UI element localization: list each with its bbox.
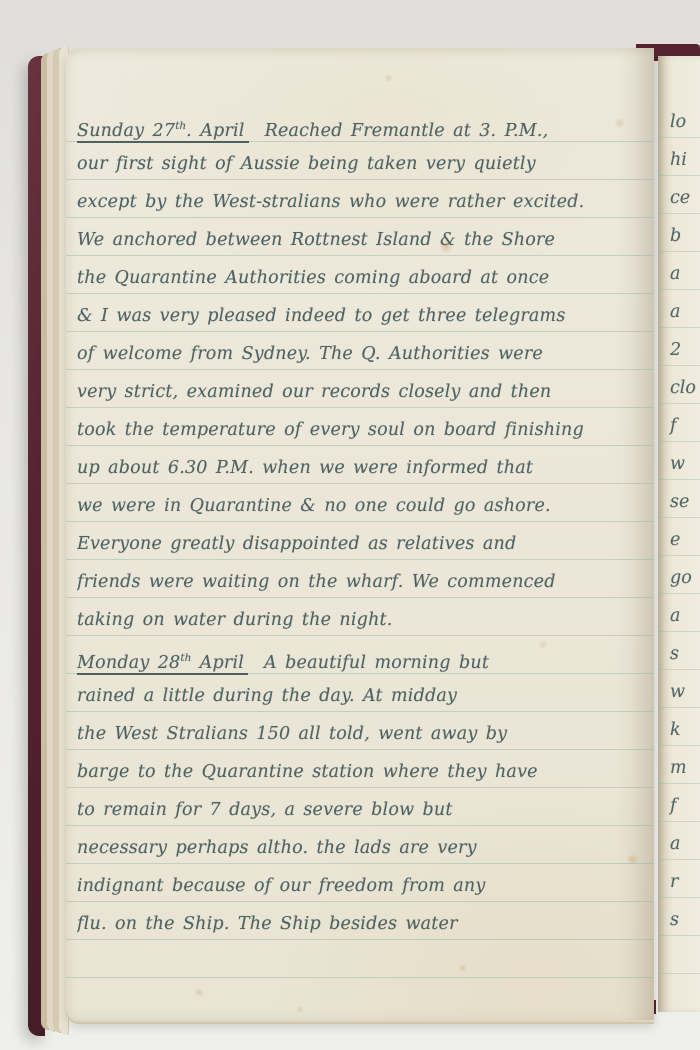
facing-line-fragment: f [670, 408, 696, 446]
diary-line: took the temperature of every soul on bo… [77, 412, 646, 450]
foxing-spot [194, 988, 204, 997]
facing-line-fragment: e [670, 522, 696, 560]
facing-line-fragment: b [670, 218, 696, 256]
diary-line: up about 6.30 P.M. when we were informed… [77, 450, 646, 488]
photo-backdrop: { "colors": { "backdrop": "#e7e6e3", "co… [0, 0, 700, 1050]
diary-line: & I was very pleased indeed to get three… [77, 298, 646, 336]
facing-line-fragment: s [670, 636, 696, 674]
facing-line-fragment: lo [670, 104, 696, 142]
facing-line-fragment: se [670, 484, 696, 522]
diary-line: barge to the Quarantine station where th… [77, 754, 646, 792]
entry-date-heading: Monday 28th April [77, 653, 248, 675]
facing-line-fragment: 2 [670, 332, 696, 370]
foxing-spot [384, 74, 393, 82]
facing-line-fragment: w [670, 674, 696, 712]
facing-line-fragment: f [670, 788, 696, 826]
facing-line-fragment: w [670, 446, 696, 484]
diary-line: friends were waiting on the wharf. We co… [77, 564, 646, 602]
diary-line: rained a little during the day. At midda… [77, 678, 646, 716]
diary-line: Everyone greatly disappointed as relativ… [77, 526, 646, 564]
diary-line: very strict, examined our records closel… [77, 374, 646, 412]
date-ordinal-suffix: th [175, 120, 186, 132]
diary-line: taking on water during the night. [77, 602, 646, 640]
foxing-spot [458, 964, 467, 972]
diary-line: We anchored between Rottnest Island & th… [77, 222, 646, 260]
diary-line: except by the West-stralians who were ra… [77, 184, 646, 222]
facing-line-fragment: a [670, 294, 696, 332]
diary-line: the West Stralians 150 all told, went aw… [77, 716, 646, 754]
facing-line-fragment: a [670, 598, 696, 636]
diary-line: indignant because of our freedom from an… [77, 868, 646, 906]
facing-line-fragment: hi [670, 142, 696, 180]
entry-date-heading: Sunday 27th. April [77, 121, 249, 143]
facing-page-text-fragments: lohicebaa2clofwseegoaswkmfars [670, 104, 696, 940]
diary-lines: Sunday 27th. AprilReached Fremantle at 3… [77, 108, 646, 944]
diary-page: Sunday 27th. AprilReached Fremantle at 3… [66, 48, 654, 1020]
facing-line-fragment: s [670, 902, 696, 940]
foxing-spot [296, 1006, 304, 1013]
facing-line-fragment: k [670, 712, 696, 750]
facing-line-fragment: m [670, 750, 696, 788]
diary-line: flu. on the Ship. The Ship besides water [77, 906, 646, 944]
facing-line-fragment: clo [670, 370, 696, 408]
diary-line: our first sight of Aussie being taken ve… [77, 146, 646, 184]
facing-line-fragment: a [670, 256, 696, 294]
facing-line-fragment: r [670, 864, 696, 902]
diary-line: Sunday 27th. AprilReached Fremantle at 3… [77, 108, 646, 146]
facing-page: lohicebaa2clofwseegoaswkmfars [658, 56, 700, 1012]
diary-line: to remain for 7 days, a severe blow but [77, 792, 646, 830]
diary-line: the Quarantine Authorities coming aboard… [77, 260, 646, 298]
diary-line: of welcome from Sydney. The Q. Authoriti… [77, 336, 646, 374]
facing-line-fragment: ce [670, 180, 696, 218]
diary-book: lohicebaa2clofwseegoaswkmfars Sunday 27t… [28, 44, 700, 1038]
diary-line: necessary perhaps altho. the lads are ve… [77, 830, 646, 868]
diary-line: we were in Quarantine & no one could go … [77, 488, 646, 526]
facing-line-fragment: go [670, 560, 696, 598]
diary-line: Monday 28th AprilA beautiful morning but [77, 640, 646, 678]
date-ordinal-suffix: th [180, 652, 191, 664]
facing-line-fragment: a [670, 826, 696, 864]
